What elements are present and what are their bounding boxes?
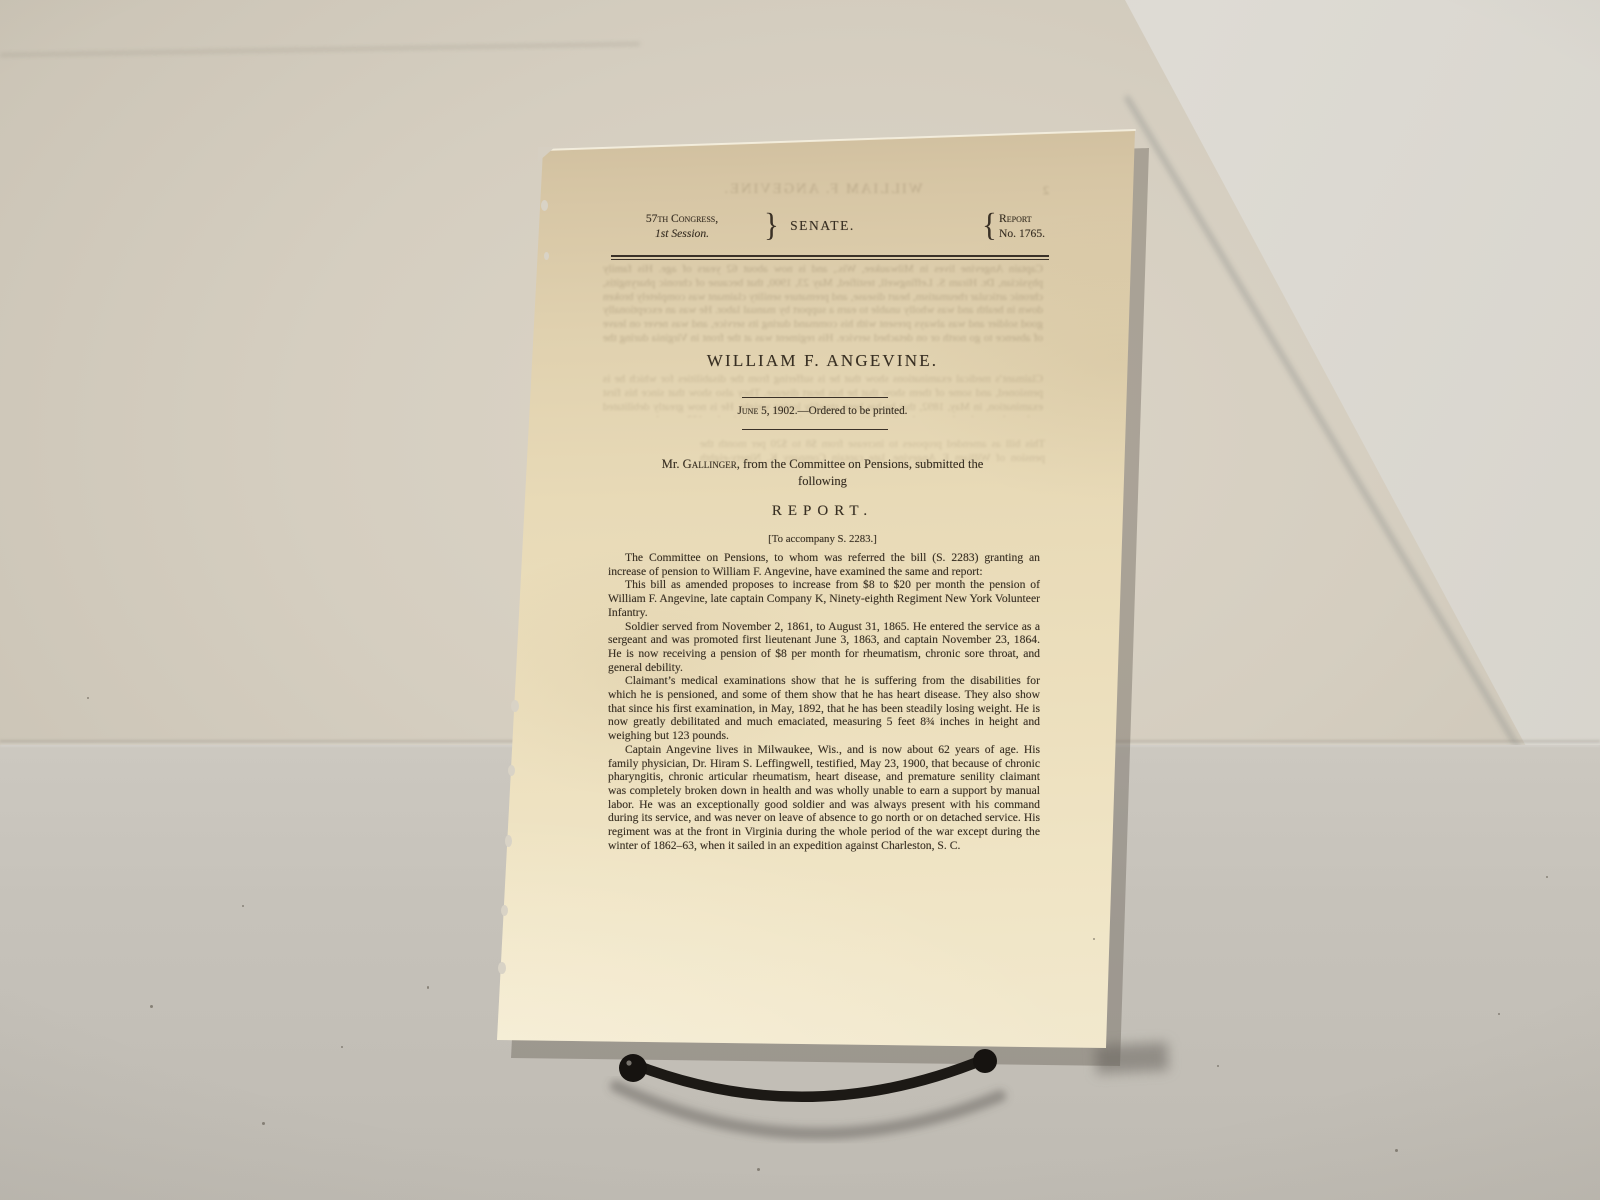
paper-edge-chip xyxy=(544,252,549,260)
stand-ball-highlight xyxy=(626,1060,631,1065)
submitter-name: Gallinger xyxy=(683,457,737,471)
lint-speck xyxy=(1395,1149,1398,1152)
date-month: June xyxy=(738,405,759,417)
paper-edge-chip xyxy=(508,765,515,776)
date-rule-top xyxy=(742,397,888,398)
accompany-line: [To accompany S. 2283.] xyxy=(595,533,1050,545)
date-rest: 5, 1902.—Ordered to be printed. xyxy=(758,405,907,417)
lint-speck xyxy=(427,986,429,989)
right-brace-glyph: { xyxy=(982,206,997,244)
submitted-line: Mr. Gallinger, from the Committee on Pen… xyxy=(595,456,1050,490)
lint-speck xyxy=(242,905,244,907)
page-corner-shadow xyxy=(1095,1042,1168,1074)
body-paragraph: Captain Angevine lives in Milwaukee, Wis… xyxy=(608,743,1040,853)
stand-wire xyxy=(633,1059,985,1097)
date-line: June 5, 1902.—Ordered to be printed. xyxy=(595,405,1050,417)
lint-speck xyxy=(1546,876,1548,878)
page-title: WILLIAM F. ANGEVINE. xyxy=(595,351,1050,371)
lint-speck xyxy=(757,1168,760,1171)
paper-edge-chip xyxy=(498,962,506,974)
submitted-suffix: , from the Committee on Pensions, submit… xyxy=(737,457,984,471)
report-number: No. 1765. xyxy=(999,227,1045,240)
lint-speck xyxy=(341,1046,343,1048)
bleed-through-paragraph: Captain Angevine lives in Milwaukee, Wis… xyxy=(603,263,1043,347)
report-body: The Committee on Pensions, to whom was r… xyxy=(608,551,1040,852)
body-paragraph: Claimant’s medical examinations show tha… xyxy=(608,674,1040,743)
submitted-prefix: Mr. xyxy=(662,457,683,471)
report-label: Report xyxy=(999,212,1032,225)
body-paragraph: The Committee on Pensions, to whom was r… xyxy=(608,551,1040,578)
bleed-through-running-head: WILLIAM F. ANGEVINE. xyxy=(595,181,1050,198)
date-rule-bottom xyxy=(742,429,888,430)
display-stand xyxy=(552,1012,1092,1200)
paper-edge-chip xyxy=(505,835,512,847)
photo-scene: WILLIAM F. ANGEVINE. 2 Captain Angevine … xyxy=(0,0,1600,1200)
submitted-line2: following xyxy=(798,474,847,488)
lint-speck xyxy=(262,1122,265,1125)
body-paragraph: Soldier served from November 2, 1861, to… xyxy=(608,620,1040,675)
lint-speck xyxy=(87,697,89,699)
lint-speck xyxy=(1093,938,1095,940)
bleed-through-page-number: 2 xyxy=(1043,183,1049,198)
report-heading: REPORT. xyxy=(595,503,1050,520)
paper-edge-chip xyxy=(501,905,508,916)
paper-edge-chip xyxy=(541,200,548,211)
body-paragraph: This bill as amended proposes to increas… xyxy=(608,578,1040,619)
lint-speck xyxy=(1217,1065,1219,1067)
stand-ball-right xyxy=(973,1049,997,1073)
stand-ball-left xyxy=(619,1054,647,1082)
lint-speck xyxy=(150,1005,153,1008)
masthead-double-rule xyxy=(611,255,1049,260)
report-number-block: Report No. 1765. xyxy=(999,212,1103,241)
lint-speck xyxy=(1498,1013,1500,1015)
backdrop-top-crease xyxy=(0,42,640,56)
paper-edge-chip xyxy=(511,700,519,712)
